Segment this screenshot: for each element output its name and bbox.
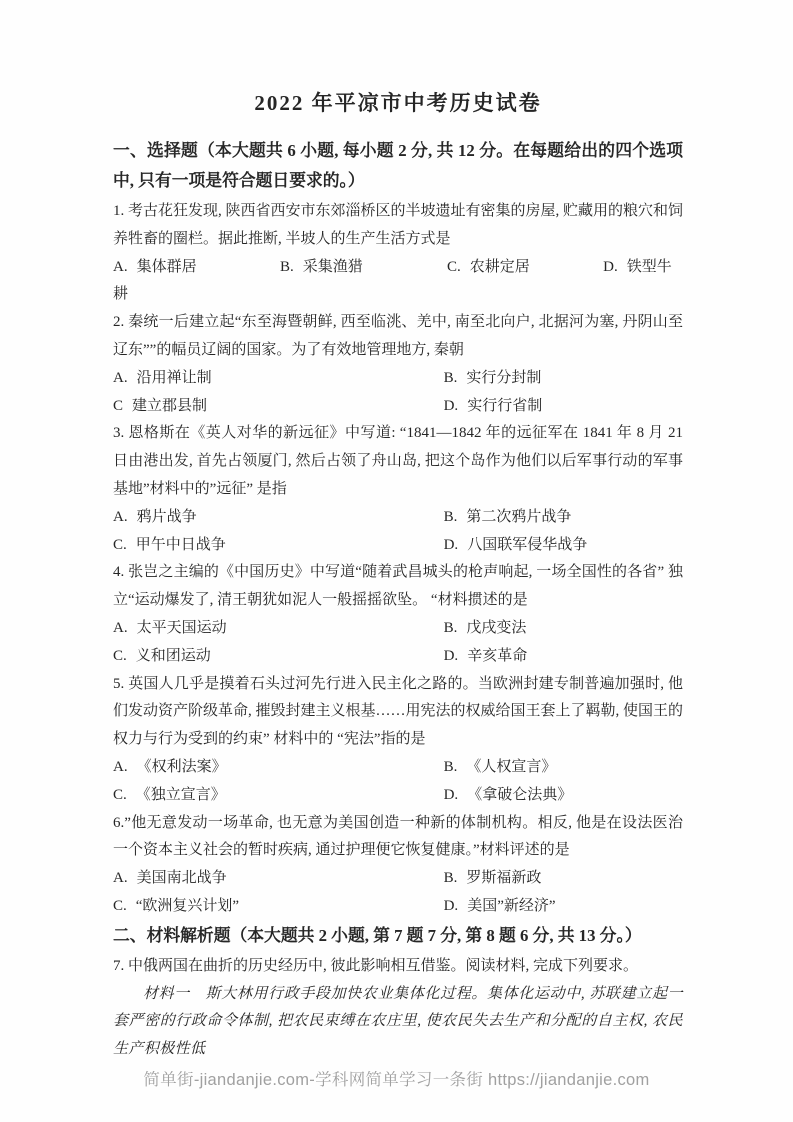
question-5: 5. 英国人几乎是摸着石头过河先行进入民主化之路的。当欧洲封建专制普遍加强时, … <box>113 671 683 810</box>
option-d: D.美国”新经济” <box>444 893 683 921</box>
option-a: A.沿用禅让制 <box>113 365 444 393</box>
watermark-footer: 简单街-jiandanjie.com-学科网简单学习一条街 https://ji… <box>0 1066 793 1090</box>
question-2: 2. 秦统一后建立起“东至海暨朝鲜, 西至临洮、羌中, 南至北向户, 北据河为塞… <box>113 309 683 420</box>
question-1-stem: 1. 考古花狂发现, 陕西省西安市东郊淄桥区的半坡遗址有密集的房屋, 贮藏用的粮… <box>113 198 683 254</box>
question-4: 4. 张岂之主编的《中国历史》中写道“随着武昌城头的枪声响起, 一场全国性的各省… <box>113 559 683 670</box>
question-6-options: A.美国南北战争 B.罗斯福新政 C.“欧洲复兴计划” D.美国”新经济” <box>113 865 683 921</box>
option-d: D.实行行省制 <box>444 393 683 421</box>
option-a: A.集体群居 <box>113 254 280 282</box>
option-text: 实行分封制 <box>466 370 541 386</box>
option-text: “欧洲复兴计划” <box>136 898 239 914</box>
question-6-stem: 6.”他无意发动一场革命, 也无意为美国创造一种新的体制机构。相反, 他是在设法… <box>113 810 683 866</box>
option-text: 铁型牛 <box>627 259 672 275</box>
option-text: 实行行省制 <box>467 398 542 414</box>
option-label: A. <box>113 370 128 386</box>
option-d: D.铁型牛 <box>603 254 683 282</box>
option-label: C. <box>113 898 127 914</box>
option-b: B.实行分封制 <box>444 365 683 393</box>
option-text: 《独立宣言》 <box>136 787 226 803</box>
option-d: D.八国联军侵华战争 <box>444 532 683 560</box>
question-4-options: A.太平天国运动 B.戊戌变法 C.义和团运动 D.辛亥革命 <box>113 615 683 671</box>
option-a: A.美国南北战争 <box>113 865 444 893</box>
question-1: 1. 考古花狂发现, 陕西省西安市东郊淄桥区的半坡遗址有密集的房屋, 贮藏用的粮… <box>113 198 683 309</box>
question-7: 7. 中俄两国在曲折的历史经历中, 彼此影响相互借鉴。阅读材料, 完成下列要求。… <box>113 953 683 1064</box>
section-1-heading: 一、选择题（本大题共 6 小题, 每小题 2 分, 共 12 分。在每题给出的四… <box>113 136 683 196</box>
option-c: C.农耕定居 <box>447 254 603 282</box>
question-2-stem: 2. 秦统一后建立起“东至海暨朝鲜, 西至临洮、羌中, 南至北向户, 北据河为塞… <box>113 309 683 365</box>
option-label: C <box>113 398 123 414</box>
option-label: D. <box>603 259 618 275</box>
option-b: B.采集渔猎 <box>280 254 447 282</box>
question-5-stem: 5. 英国人几乎是摸着石头过河先行进入民主化之路的。当欧洲封建专制普遍加强时, … <box>113 671 683 754</box>
option-label: C. <box>447 259 461 275</box>
question-7-material-1: 材料一 斯大林用行政手段加快农业集体化过程。集体化运动中, 苏联建立起一套严密的… <box>113 981 683 1064</box>
option-b: B.第二次鸦片战争 <box>444 504 683 532</box>
option-label: B. <box>444 509 458 525</box>
question-4-stem: 4. 张岂之主编的《中国历史》中写道“随着武昌城头的枪声响起, 一场全国性的各省… <box>113 559 683 615</box>
option-text: 戊戌变法 <box>466 620 526 636</box>
option-text: 《人权宣言》 <box>466 759 556 775</box>
exam-content: 2022 年平凉市中考历史试卷 一、选择题（本大题共 6 小题, 每小题 2 分… <box>0 0 793 1064</box>
page-title: 2022 年平凉市中考历史试卷 <box>113 90 683 116</box>
option-b: B.戊戌变法 <box>444 615 683 643</box>
question-1-options: A.集体群居 B.采集渔猎 C.农耕定居 D.铁型牛 <box>113 254 683 282</box>
question-5-options: A.《权利法案》 B.《人权宣言》 C.《独立宣言》 D.《拿破仑法典》 <box>113 754 683 810</box>
option-d: D.辛亥革命 <box>444 643 683 671</box>
option-text: 《拿破仑法典》 <box>467 787 572 803</box>
option-text: 太平天国运动 <box>137 620 227 636</box>
option-c: C.甲午中日战争 <box>113 532 444 560</box>
option-c: C建立郡县制 <box>113 393 444 421</box>
question-2-options: A.沿用禅让制 B.实行分封制 C建立郡县制 D.实行行省制 <box>113 365 683 421</box>
question-1-option-wrap-line: 耕 <box>113 281 683 309</box>
option-a: A.太平天国运动 <box>113 615 444 643</box>
option-label: A. <box>113 759 128 775</box>
option-c: C.义和团运动 <box>113 643 444 671</box>
option-label: C. <box>113 648 127 664</box>
question-3: 3. 恩格斯在《英人对华的新远征》中写道: “1841—1842 年的远征军在 … <box>113 420 683 559</box>
question-7-stem: 7. 中俄两国在曲折的历史经历中, 彼此影响相互借鉴。阅读材料, 完成下列要求。 <box>113 953 683 981</box>
option-label: A. <box>113 620 128 636</box>
option-text: 美国”新经济” <box>467 898 555 914</box>
question-6: 6.”他无意发动一场革命, 也无意为美国创造一种新的体制机构。相反, 他是在设法… <box>113 810 683 921</box>
option-label: A. <box>113 509 128 525</box>
option-text: 义和团运动 <box>136 648 211 664</box>
option-label: B. <box>444 370 458 386</box>
option-label: B. <box>444 759 458 775</box>
option-label: D. <box>444 537 459 553</box>
option-label: A. <box>113 870 128 886</box>
option-a: A.鸦片战争 <box>113 504 444 532</box>
option-label: C. <box>113 537 127 553</box>
option-text: 建立郡县制 <box>132 398 207 414</box>
option-c: C.《独立宣言》 <box>113 782 444 810</box>
option-text: 鸦片战争 <box>137 509 197 525</box>
option-text: 辛亥革命 <box>467 648 527 664</box>
option-text: 罗斯福新政 <box>466 870 541 886</box>
option-label: D. <box>444 898 459 914</box>
option-d: D.《拿破仑法典》 <box>444 782 683 810</box>
option-text: 第二次鸦片战争 <box>466 509 571 525</box>
section-2-heading: 二、材料解析题（本大题共 2 小题, 第 7 题 7 分, 第 8 题 6 分,… <box>113 921 683 951</box>
option-text: 集体群居 <box>137 259 197 275</box>
option-label: B. <box>444 620 458 636</box>
question-3-options: A.鸦片战争 B.第二次鸦片战争 C.甲午中日战争 D.八国联军侵华战争 <box>113 504 683 560</box>
option-label: D. <box>444 648 459 664</box>
option-text: 采集渔猎 <box>303 259 363 275</box>
option-text: 八国联军侵华战争 <box>467 537 587 553</box>
option-label: B. <box>444 870 458 886</box>
option-text: 农耕定居 <box>470 259 530 275</box>
option-label: C. <box>113 787 127 803</box>
exam-page: 2022 年平凉市中考历史试卷 一、选择题（本大题共 6 小题, 每小题 2 分… <box>0 0 793 1122</box>
option-c: C.“欧洲复兴计划” <box>113 893 444 921</box>
option-b: B.罗斯福新政 <box>444 865 683 893</box>
option-label: B. <box>280 259 294 275</box>
question-3-stem: 3. 恩格斯在《英人对华的新远征》中写道: “1841—1842 年的远征军在 … <box>113 420 683 503</box>
option-text: 美国南北战争 <box>137 870 227 886</box>
option-label: D. <box>444 398 459 414</box>
option-label: D. <box>444 787 459 803</box>
option-text: 沿用禅让制 <box>137 370 212 386</box>
option-label: A. <box>113 259 128 275</box>
option-a: A.《权利法案》 <box>113 754 444 782</box>
option-text: 《权利法案》 <box>137 759 227 775</box>
option-b: B.《人权宣言》 <box>444 754 683 782</box>
option-text: 甲午中日战争 <box>136 537 226 553</box>
